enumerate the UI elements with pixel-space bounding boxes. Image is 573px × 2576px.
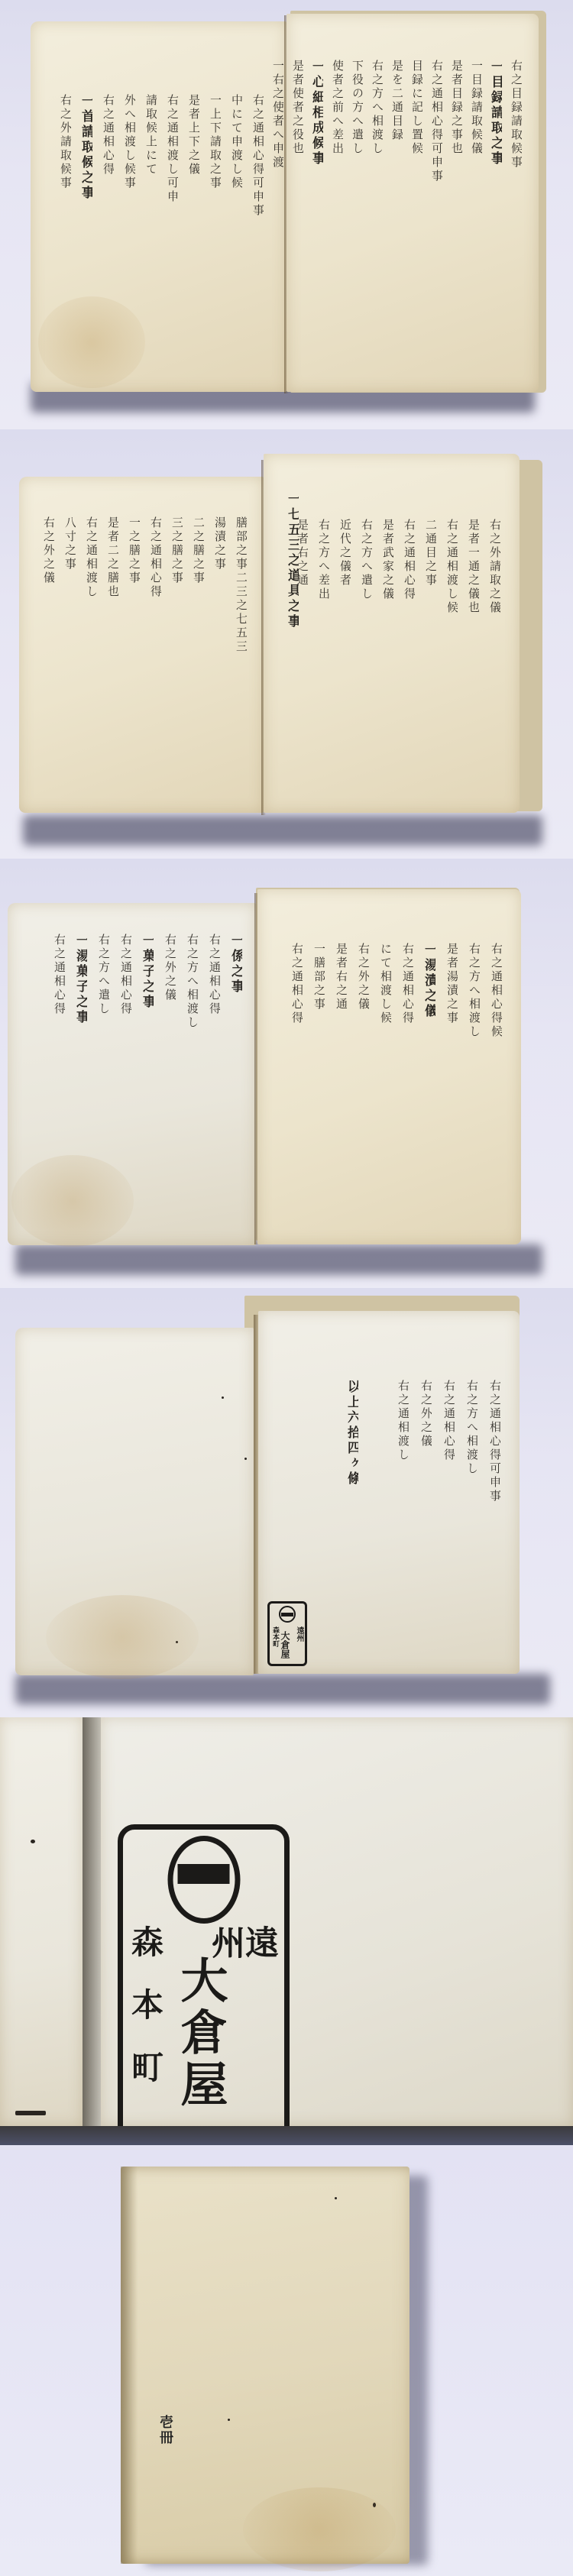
- text-column: 八寸之事: [57, 516, 76, 799]
- photo-final-page-with-seal: 右之通相心得可申事 右之方へ相渡し 右之通相心得 右之外之儀 右之通相渡し 以上…: [0, 1288, 573, 1717]
- text-column: 是者上下之儀: [181, 94, 199, 369]
- seal-circle-mark: [279, 1606, 296, 1623]
- text-column: 右之目録請取候事: [503, 60, 522, 365]
- right-page: 右之通相心得候 右之方へ相渡し 是者湯漬之事 一湯漬之儀 右之通相心得 にて相渡…: [257, 889, 521, 1244]
- text-column: 一上下請取之事: [202, 94, 221, 369]
- left-page: 膳部之事二三之七五三 湯漬之事 二之膳之事 三之膳之事 右之通相心得 一之膳之事…: [19, 477, 264, 813]
- text-column: 一膳部之事: [306, 943, 325, 1225]
- age-stain: [38, 296, 145, 388]
- photo-open-spread-2: 膳部之事二三之七五三 湯漬之事 二之膳之事 三之膳之事 右之通相心得 一之膳之事…: [0, 429, 573, 859]
- text-column: 是者湯漬之事: [439, 943, 458, 1225]
- text-column: 右之外之儀: [351, 943, 369, 1225]
- text-column: 右之通相心得可申事: [482, 1380, 500, 1639]
- text-column: 是を二通目録: [384, 60, 403, 365]
- seal-left-text: 森本町: [129, 1925, 161, 2113]
- ownership-seal-large: 遠州 大倉屋 森本町: [118, 1824, 290, 2145]
- text-column: 右之通相心得候: [484, 943, 502, 1225]
- text-column: 一湯漬之儀: [417, 943, 435, 1225]
- seal-bar: [177, 1864, 229, 1884]
- text-column: にて相渡し候: [373, 943, 391, 1225]
- text-column: 湯漬之事: [207, 516, 225, 799]
- text-column: 以上六拾四ヶ條: [340, 1380, 358, 1639]
- text-column: 右之通相渡し候: [439, 519, 458, 778]
- text-column: 是者右之通: [329, 943, 347, 1225]
- back-cover: 壱冊: [121, 2167, 410, 2564]
- text-column: 一菓子之事: [135, 934, 154, 1231]
- text-column: 右之外之儀: [36, 516, 54, 799]
- photo-open-spread-1: 右之通相心得可申事 中にて申渡し候 一上下請取之事 是者上下之儀 右之通相渡し可…: [0, 0, 573, 429]
- text-column: 右之通相渡し可申: [160, 94, 178, 369]
- text-column: 下役の方へ遣し: [345, 60, 363, 365]
- cover-spine-edge: [121, 2167, 138, 2564]
- text-column: 右之方へ相渡し: [461, 943, 480, 1225]
- text-column: 右之方へ相渡し: [459, 1380, 477, 1639]
- book-shadow: [15, 1244, 542, 1275]
- text-column: 二通目之事: [418, 519, 436, 778]
- text-column: 右之通相心得: [397, 519, 415, 778]
- ink-speck: [31, 1840, 35, 1843]
- ink-speck: [222, 1396, 224, 1399]
- ownership-seal: 遠州 大倉屋 森本町: [267, 1601, 307, 1666]
- left-page-blank: [15, 1328, 254, 1675]
- ink-speck: [244, 1458, 247, 1460]
- text-column: 右之方へ相渡し: [364, 60, 383, 365]
- text-column: 一心細相成候事: [305, 60, 323, 365]
- text-column: 目録に記し置候: [404, 60, 422, 365]
- left-page-edge: [0, 1717, 83, 2126]
- text-column: 三之膳之事: [164, 516, 183, 799]
- text-column: 中にて申渡し候: [224, 94, 242, 369]
- text-column: 一右之使者へ申渡: [265, 60, 283, 365]
- right-page: 右之通相心得可申事 右之方へ相渡し 右之通相心得 右之外之儀 右之通相渡し 以上…: [258, 1311, 520, 1674]
- text-column: 使者之前へ差出: [325, 60, 343, 365]
- seal-bar: [281, 1613, 293, 1616]
- text-column: 一七五三之道具之事: [280, 492, 299, 736]
- seal-left-text: 森本町: [271, 1626, 278, 1647]
- text-column: 右之通相心得: [284, 943, 303, 1225]
- left-page: 一係之事 右之通相心得 右之方へ相渡し 右之外之儀 一菓子之事 右之通相心得 右…: [8, 903, 256, 1245]
- right-page: 右之外請取之儀 是者一通之儀也 右之通相渡し候 二通目之事 右之通相心得 是者武…: [264, 454, 520, 813]
- seal-center-text: 大倉屋: [280, 1631, 290, 1659]
- left-page: 右之通相心得可申事 中にて申渡し候 一上下請取之事 是者上下之儀 右之通相渡し可…: [31, 21, 286, 392]
- book-shadow: [23, 815, 542, 846]
- ink-mark: [15, 2111, 46, 2115]
- text-column: 右之通相渡し: [79, 516, 97, 799]
- right-page-heading: 一七五三之道具之事: [280, 492, 299, 736]
- right-page-text: 右之通相心得候 右之方へ相渡し 是者湯漬之事 一湯漬之儀 右之通相心得 にて相渡…: [284, 943, 502, 1225]
- right-page-closeup: 遠州 大倉屋 森本町: [101, 1717, 573, 2126]
- ink-speck: [335, 2197, 337, 2199]
- text-column: 右之外之儀: [157, 934, 176, 1231]
- book-shadow: [15, 1674, 550, 1704]
- text-column: 右之通相心得: [143, 516, 161, 799]
- text-column: 一目録請取候儀: [464, 60, 482, 365]
- text-column: 一係之事: [224, 934, 242, 1231]
- age-stain: [11, 1155, 134, 1247]
- text-column: 右之方へ遣し: [354, 519, 372, 778]
- age-stain: [46, 1595, 199, 1679]
- photo-seal-closeup: 遠州 大倉屋 森本町: [0, 1717, 573, 2145]
- text-column: 是者目録之事也: [444, 60, 462, 365]
- photo-back-cover: 壱冊: [0, 2145, 573, 2576]
- cover-inscription: 壱冊: [155, 2415, 175, 2445]
- right-page: 右之目録請取候事 一目録請取之事 一目録請取候儀 是者目録之事也 右之通相心得可…: [286, 14, 539, 392]
- text-column: 右之外請取之儀: [482, 519, 500, 778]
- text-column: 二之膳之事: [186, 516, 204, 799]
- text-column: 右之外之儀: [413, 1380, 432, 1639]
- ink-speck: [228, 2419, 230, 2421]
- book-bottom-edge: [0, 2126, 573, 2145]
- text-column: 右之方へ相渡し: [180, 934, 198, 1231]
- text-column: 是者武家之儀: [375, 519, 393, 778]
- right-page-text: 右之外請取之儀 是者一通之儀也 右之通相渡し候 二通目之事 右之通相心得 是者武…: [290, 519, 500, 778]
- text-column: 右之通相心得: [436, 1380, 455, 1639]
- text-column: 近代之儀者: [332, 519, 351, 778]
- text-column: 一目録請取之事: [484, 60, 502, 365]
- age-stain: [243, 2487, 396, 2571]
- seal-circle-mark: [167, 1836, 240, 1924]
- right-page-text: 右之目録請取候事 一目録請取之事 一目録請取候儀 是者目録之事也 右之通相心得可…: [265, 60, 522, 365]
- right-page-text: 右之通相心得可申事 右之方へ相渡し 右之通相心得 右之外之儀 右之通相渡し 以上…: [340, 1380, 500, 1639]
- text-column: 右之通相心得可申事: [245, 94, 264, 369]
- column-spacer: [363, 1380, 386, 1639]
- seal-right-text: 遠州: [295, 1626, 303, 1642]
- text-column: 膳部之事二三之七五三: [228, 516, 247, 799]
- text-column: 是者使者之役也: [285, 60, 303, 365]
- text-column: 一之膳之事: [121, 516, 140, 799]
- seal-center-text: 大倉屋: [176, 1956, 224, 2112]
- text-column: 右之通相心得: [202, 934, 220, 1231]
- text-column: 右之通相心得: [395, 943, 413, 1225]
- text-column: 是者一通之儀也: [461, 519, 479, 778]
- text-column: 右之方へ差出: [311, 519, 329, 778]
- text-column: 右之通相渡し: [390, 1380, 409, 1639]
- photo-open-spread-3: 一係之事 右之通相心得 右之方へ相渡し 右之外之儀 一菓子之事 右之通相心得 右…: [0, 859, 573, 1288]
- left-page-text: 膳部之事二三之七五三 湯漬之事 二之膳之事 三之膳之事 右之通相心得 一之膳之事…: [36, 516, 247, 799]
- text-column: 右之通相心得可申事: [424, 60, 442, 365]
- text-column: 是者二之膳也: [100, 516, 118, 799]
